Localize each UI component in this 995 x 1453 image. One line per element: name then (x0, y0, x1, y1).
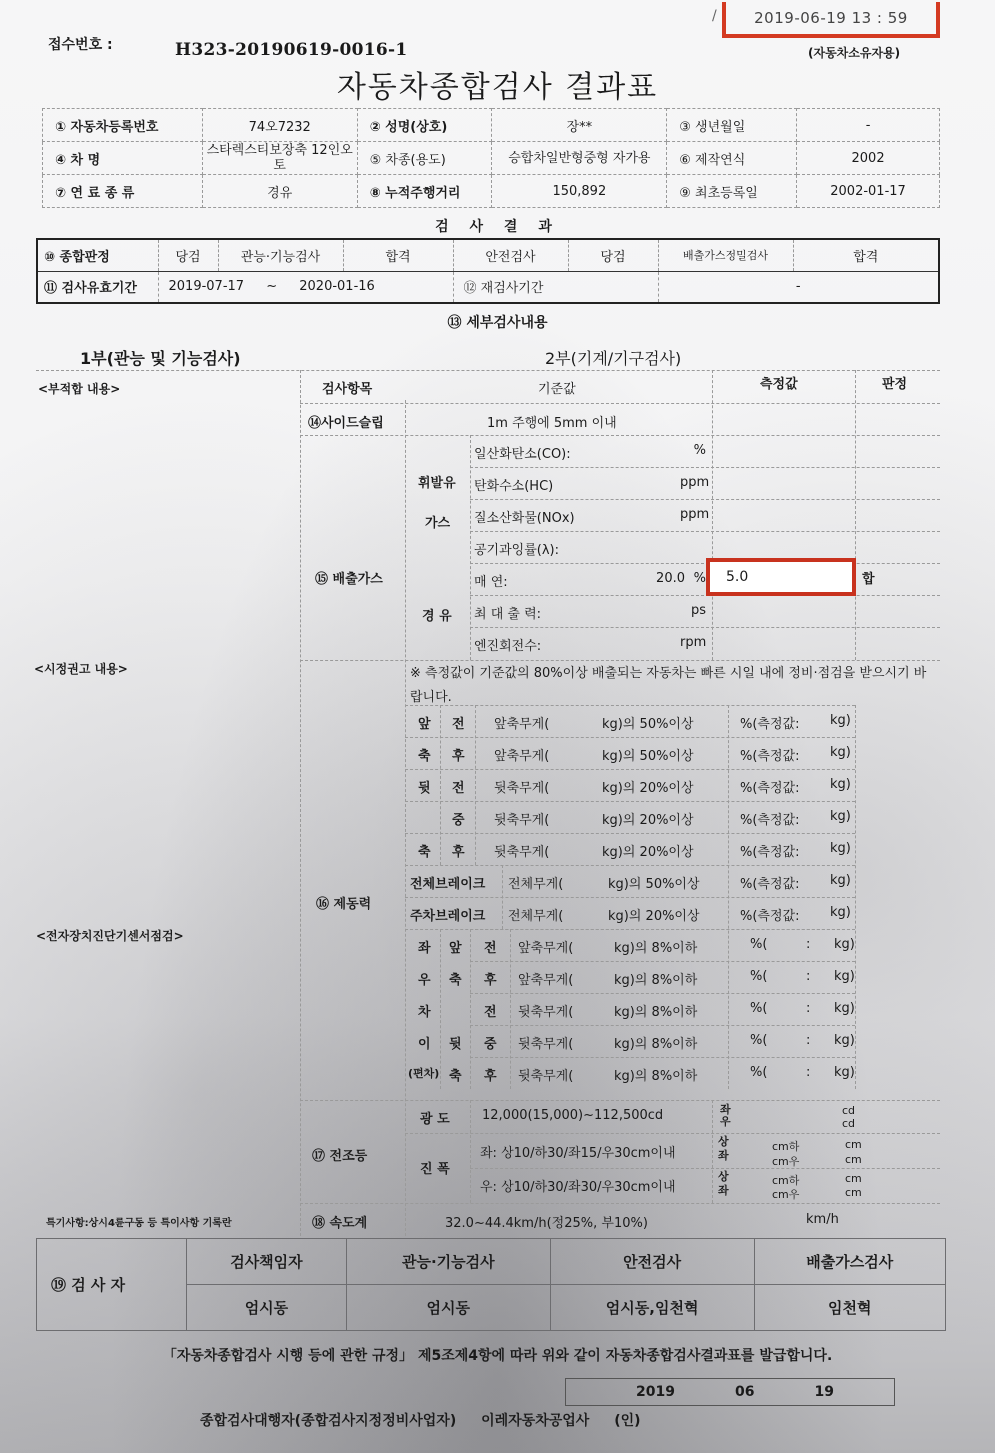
birthdate: - (797, 109, 940, 142)
inspector-name: 임천혁 (754, 1285, 945, 1331)
difference-standard: kg)의 8%이하 (614, 937, 697, 956)
difference-unit: kg) (834, 1033, 855, 1048)
divider (405, 929, 855, 930)
electronic-device-label: <전자장치진단기센서점검> (36, 927, 184, 944)
document-title: 자동차종합검사 결과표 (0, 62, 995, 106)
divider (440, 705, 441, 865)
axle-group-label: 축 (418, 745, 431, 764)
brake-measure: %(측정값: (740, 905, 799, 924)
detail-heading: ⑬ 세부검사내용 (0, 312, 995, 332)
divider (405, 801, 855, 802)
column-header-item: 검사항목 (322, 378, 372, 397)
diesel-label: 경 유 (422, 605, 452, 624)
divider (405, 865, 855, 866)
axle-weight-text: 뒷축무게( (494, 841, 549, 860)
issuer-seal: (인) (614, 1413, 640, 1429)
validity-separator: ~ (266, 279, 277, 294)
functional-inspection-result: 합격 (343, 240, 453, 271)
aim-side-right: 상 좌 (718, 1170, 730, 1198)
divider (405, 737, 855, 738)
column-header-judgement: 판정 (882, 373, 907, 392)
issue-month: 06 (735, 1384, 754, 1400)
difference-axle: 축 (449, 1065, 462, 1084)
side-slip-standard: 1m 주행에 5mm 이내 (487, 412, 617, 431)
aim-left-standard: 좌: 상10/하30/좌15/우30cm이내 (480, 1142, 676, 1161)
difference-label: 이 (418, 1033, 431, 1052)
brake-type: 주차브레이크 (410, 905, 485, 924)
axle-group-label: 앞 (418, 713, 431, 732)
divider (510, 929, 511, 1089)
emission-item: 일산화탄소(CO): (474, 443, 571, 462)
axle-measure-unit: kg) (830, 777, 851, 792)
difference-unit: kg) (834, 937, 855, 952)
divider (470, 531, 940, 532)
emission-unit: % (680, 571, 706, 586)
difference-weight-text: 뒷축무게( (518, 1033, 573, 1052)
axle-weight-text: 뒷축무게( (494, 809, 549, 828)
functional-inspection-label: 관능·기능검사 (218, 240, 343, 271)
divider (405, 897, 855, 898)
difference-standard: kg)의 8%이하 (614, 1001, 697, 1020)
brake-standard: kg)의 50%이상 (608, 873, 700, 892)
gas-label: 가스 (425, 512, 450, 531)
overall-judgement-label: ⑩ 종합판정 (38, 240, 158, 271)
difference-position: 후 (484, 969, 497, 988)
table-row: ⑩ 종합판정 당검 관능·기능검사 합격 안전검사 당검 배출가스정밀검사 합격 (38, 240, 938, 271)
divider (300, 660, 940, 661)
divider (300, 403, 940, 404)
difference-weight-text: 뒷축무게( (518, 1001, 573, 1020)
issuer: 종합검사대행자(종합검사지정정비사업자) 이레자동차공업사 (인) (200, 1410, 641, 1430)
difference-measure: %( (750, 937, 767, 952)
divider (440, 929, 441, 1089)
aim-measure: cm우 (772, 1186, 799, 1202)
axle-measure: %(측정값: (740, 809, 799, 828)
aim-unit: cm (845, 1153, 862, 1166)
divider (470, 499, 940, 500)
validity-to: 2020-01-16 (299, 279, 375, 294)
first-registration-label: ⑨ 최초등록일 (667, 175, 797, 208)
brake-type: 전체브레이크 (410, 873, 485, 892)
aim-unit: cm (845, 1138, 862, 1151)
inspector-name: 엄시동 (187, 1285, 347, 1331)
birthdate-label: ③ 생년월일 (667, 109, 797, 142)
difference-measure: %( (750, 969, 767, 984)
divider (405, 769, 855, 770)
difference-unit: kg) (834, 1001, 855, 1016)
speedometer-label: ⑱ 속도계 (312, 1212, 367, 1231)
issuer-label: 종합검사대행자(종합검사지정정비사업자) (200, 1413, 456, 1429)
difference-measure: %( (750, 1001, 767, 1016)
emission-item: 최 대 출 력: (474, 603, 541, 622)
brake-measure-unit: kg) (830, 905, 851, 920)
difference-unit: kg) (834, 969, 855, 984)
emission-standard: 20.0 (645, 571, 685, 586)
issue-date: 2019 06 19 (565, 1378, 895, 1406)
brake-measure: %(측정값: (740, 873, 799, 892)
divider (36, 370, 940, 371)
divider (470, 1057, 855, 1058)
fuel-type-label: ⑦ 연 료 종 류 (43, 175, 203, 208)
column-header-standard: 기준값 (538, 378, 576, 397)
validity-from: 2019-07-17 (169, 279, 245, 294)
issue-year: 2019 (636, 1384, 675, 1400)
emission-unit: ppm (680, 475, 706, 490)
axle-weight-text: 앞축무게( (494, 745, 549, 764)
aim-label: 진 폭 (420, 1158, 450, 1177)
column-header-measured: 측정값 (760, 373, 798, 392)
inspector-header: 검사책임자 (187, 1239, 347, 1285)
axle-position: 후 (452, 841, 465, 860)
emission-item: 엔진회전수: (474, 635, 541, 654)
aim-right-standard: 우: 상10/하30/좌30/우30cm이내 (480, 1176, 676, 1195)
brightness-unit-left: cd (842, 1104, 855, 1117)
table-row: ④ 차 명 스타렉스티보장축 12인오토 ⑤ 차종(용도) 승합차일반형중형 자… (43, 142, 940, 175)
axle-position: 중 (452, 809, 465, 828)
difference-standard: kg)의 8%이하 (614, 1065, 697, 1084)
emission-unit: ppm (680, 507, 706, 522)
difference-standard: kg)의 8%이하 (614, 969, 697, 988)
first-registration-date: 2002-01-17 (797, 175, 940, 208)
difference-weight-text: 뒷축무게( (518, 1065, 573, 1084)
overall-judgement: 당검 (158, 240, 218, 271)
axle-position: 전 (452, 713, 465, 732)
side-slip-label: ⑭사이드슬립 (308, 412, 384, 431)
part2-title: 2부(기계/기구검사) (545, 346, 681, 369)
stamp-mark: / (712, 8, 717, 24)
reinspection-period-label: ⑫ 재검사기간 (453, 271, 658, 302)
divider (470, 1168, 940, 1169)
divider (475, 705, 476, 865)
difference-label: 좌 (418, 937, 431, 956)
difference-position: 전 (484, 1001, 497, 1020)
axle-measure-unit: kg) (830, 841, 851, 856)
emission-inspection-label: 배출가스정밀검사 (658, 240, 793, 271)
axle-position: 전 (452, 777, 465, 796)
axle-weight-standard: kg)의 20%이상 (602, 777, 694, 796)
divider (300, 435, 940, 436)
aim-measure: cm하 (772, 1138, 799, 1154)
table-row: ⑦ 연 료 종 류 경유 ⑧ 누적주행거리 150,892 ⑨ 최초등록일 20… (43, 175, 940, 208)
divider (470, 627, 940, 628)
axle-weight-standard: kg)의 50%이상 (602, 745, 694, 764)
owner-name-label: ② 성명(상호) (357, 109, 492, 142)
divider (712, 1100, 713, 1203)
usage-note: (자동차소유자용) (808, 44, 900, 61)
difference-colon: : (806, 1001, 810, 1016)
divider (855, 705, 856, 1089)
model-year: 2002 (797, 142, 940, 175)
difference-position: 중 (484, 1033, 497, 1052)
inspection-result-table: ⑩ 종합판정 당검 관능·기능검사 합격 안전검사 당검 배출가스정밀검사 합격… (38, 240, 938, 302)
owner-name: 장** (492, 109, 667, 142)
brake-label: ⑯ 제동력 (316, 893, 371, 912)
difference-axle: 축 (449, 969, 462, 988)
emission-inspection-result: 합격 (793, 240, 938, 271)
speedometer-unit: km/h (806, 1212, 839, 1227)
difference-colon: : (806, 937, 810, 952)
table-row: ⑪ 검사유효기간 2019-07-17 ~ 2020-01-16 ⑫ 재검사기간… (38, 271, 938, 302)
gasoline-label: 휘발유 (418, 472, 456, 491)
registration-number-label: ① 자동차등록번호 (43, 109, 203, 142)
speedometer-standard: 32.0~44.4km/h(정25%, 부10%) (445, 1212, 648, 1231)
aim-side-left: 상 좌 (718, 1135, 730, 1163)
declaration-text: 「자동차종합검사 시행 등에 관한 규정」 제5조제4항에 따라 위와 같이 자… (0, 1345, 995, 1365)
reinspection-period: - (658, 271, 938, 302)
divider (502, 865, 503, 929)
axle-measure: %(측정값: (740, 777, 799, 796)
axle-measure: %(측정값: (740, 745, 799, 764)
difference-measure: %( (750, 1033, 767, 1048)
axle-weight-standard: kg)의 20%이상 (602, 809, 694, 828)
emission-item: 공기과잉률(λ): (474, 539, 559, 558)
model-year-label: ⑥ 제작연식 (667, 142, 797, 175)
validity-period: 2019-07-17 ~ 2020-01-16 (158, 271, 453, 302)
aim-measure: cm우 (772, 1153, 799, 1169)
fuel-type: 경유 (202, 175, 357, 208)
brightness-standard: 12,000(15,000)~112,500cd (482, 1108, 663, 1123)
receipt-number-label: 접수번호 : (48, 34, 113, 54)
axle-weight-text: 앞축무게( (494, 713, 549, 732)
result-heading: 검 사 결 과 (0, 216, 995, 236)
issue-day: 19 (814, 1384, 833, 1400)
difference-weight-text: 앞축무게( (518, 937, 573, 956)
axle-position: 후 (452, 745, 465, 764)
axle-measure-unit: kg) (830, 713, 851, 728)
timestamp: 2019-06-19 13 : 59 (754, 9, 908, 27)
difference-colon: : (806, 1033, 810, 1048)
inspector-header: 배출가스검사 (754, 1239, 945, 1285)
divider (300, 370, 301, 1236)
divider (405, 400, 406, 1236)
nonconformity-label: <부적합 내용> (38, 380, 120, 397)
inspector-label: ⑲ 검 사 자 (37, 1239, 187, 1331)
axle-measure-unit: kg) (830, 745, 851, 760)
difference-label: 우 (418, 969, 431, 988)
vehicle-type: 승합차일반형중형 자가용 (492, 142, 667, 175)
measurement-notice: ※ 측정값이 기준값의 80%이상 배출되는 자동차는 빠른 시일 내에 정비·… (410, 662, 930, 710)
timestamp-highlight: 2019-06-19 13 : 59 (722, 2, 940, 38)
axle-weight-standard: kg)의 50%이상 (602, 713, 694, 732)
vehicle-type-label: ⑤ 차종(용도) (357, 142, 492, 175)
difference-position: 후 (484, 1065, 497, 1084)
validity-period-label: ⑪ 검사유효기간 (38, 271, 158, 302)
brake-weight-text: 전체무게( (508, 905, 563, 924)
axle-weight-standard: kg)의 20%이상 (602, 841, 694, 860)
divider (405, 1133, 940, 1134)
emission-item: 탄화수소(HC) (474, 475, 553, 494)
difference-position: 전 (484, 937, 497, 956)
divider (470, 961, 855, 962)
inspector-name: 엄시동 (346, 1285, 550, 1331)
advisory-label: <시정권고 내용> (34, 660, 128, 677)
mileage: 150,892 (492, 175, 667, 208)
brake-weight-text: 전체무게( (508, 873, 563, 892)
inspection-result-box: ⑩ 종합판정 당검 관능·기능검사 합격 안전검사 당검 배출가스정밀검사 합격… (36, 238, 940, 304)
difference-label: (편차) (408, 1065, 439, 1081)
difference-colon: : (806, 969, 810, 984)
divider (855, 370, 856, 660)
difference-colon: : (806, 1065, 810, 1080)
brake-measure-unit: kg) (830, 873, 851, 888)
divider (470, 467, 940, 468)
divider (470, 929, 471, 1089)
divider (470, 563, 940, 564)
divider (470, 1025, 855, 1026)
difference-weight-text: 앞축무게( (518, 969, 573, 988)
brightness-label: 광 도 (420, 1108, 450, 1127)
axle-measure-unit: kg) (830, 809, 851, 824)
aim-unit: cm (845, 1186, 862, 1199)
vehicle-name-label: ④ 차 명 (43, 142, 203, 175)
safety-inspection-result: 당검 (568, 240, 658, 271)
divider (470, 595, 940, 596)
brake-standard: kg)의 20%이상 (608, 905, 700, 924)
vehicle-info-table: ① 자동차등록번호 74오7232 ② 성명(상호) 장** ③ 생년월일 - … (42, 108, 940, 208)
issuer-name: 이레자동차공업사 (481, 1413, 589, 1429)
axle-measure: %(측정값: (740, 841, 799, 860)
emission-unit: ps (680, 603, 706, 618)
emission-unit: rpm (680, 635, 706, 650)
receipt-number: H323-20190619-0016-1 (175, 40, 408, 60)
divider (300, 1100, 940, 1101)
part1-title: 1부(관능 및 기능검사) (80, 346, 241, 369)
inspectors-table: ⑲ 검 사 자 검사책임자 관능·기능검사 안전검사 배출가스검사 엄시동 엄시… (36, 1238, 946, 1331)
brightness-unit-right: cd (842, 1117, 855, 1130)
axle-weight-text: 뒷축무게( (494, 777, 549, 796)
difference-standard: kg)의 8%이하 (614, 1033, 697, 1052)
difference-label: 차 (418, 1001, 431, 1020)
special-notes-label: 특기사항:상시4륜구동 등 특이사항 기록란 (46, 1214, 232, 1229)
divider (405, 705, 855, 706)
divider (470, 1100, 471, 1203)
difference-measure: %( (750, 1065, 767, 1080)
emission-item: 질소산화물(NOx) (474, 507, 575, 526)
difference-unit: kg) (834, 1065, 855, 1080)
emission-label: ⑮ 배출가스 (315, 568, 383, 587)
headlamp-label: ⑰ 전조등 (312, 1145, 367, 1164)
difference-axle: 뒷 (449, 1033, 462, 1052)
smoke-measured-value: 5.0 (726, 569, 748, 585)
divider (728, 705, 729, 1089)
divider (405, 833, 855, 834)
axle-group-label: 뒷 (418, 777, 431, 796)
registration-number: 74오7232 (202, 109, 357, 142)
divider (470, 993, 855, 994)
emission-item: 매 연: (474, 571, 508, 590)
brightness-side: 좌 우 (720, 1104, 732, 1128)
smoke-measured-highlight: 5.0 (706, 558, 856, 596)
aim-unit: cm (845, 1172, 862, 1185)
inspector-name: 엄시동,임천혁 (550, 1285, 754, 1331)
difference-axle: 앞 (449, 937, 462, 956)
divider (300, 1203, 940, 1204)
table-row: ⑲ 검 사 자 검사책임자 관능·기능검사 안전검사 배출가스검사 (37, 1239, 946, 1285)
smoke-judgement: 합 (862, 568, 875, 587)
mileage-label: ⑧ 누적주행거리 (357, 175, 492, 208)
axle-measure: %(측정값: (740, 713, 799, 732)
inspector-header: 안전검사 (550, 1239, 754, 1285)
emission-unit: % (680, 443, 706, 458)
vehicle-name: 스타렉스티보장축 12인오토 (202, 142, 357, 175)
table-row: ① 자동차등록번호 74오7232 ② 성명(상호) 장** ③ 생년월일 - (43, 109, 940, 142)
divider (712, 370, 713, 660)
axle-group-label: 축 (418, 841, 431, 860)
safety-inspection-label: 안전검사 (453, 240, 568, 271)
inspection-result-document: 접수번호 : H323-20190619-0016-1 / 2019-06-19… (0, 0, 995, 1453)
inspector-header: 관능·기능검사 (346, 1239, 550, 1285)
